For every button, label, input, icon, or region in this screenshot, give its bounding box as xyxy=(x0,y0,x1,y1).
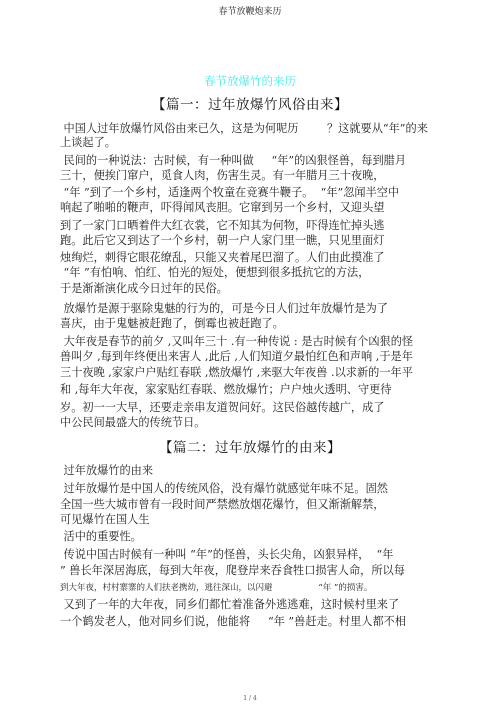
paragraph-line: 三十夜晚 ,家家户户贴红春联 ,燃放爆竹 ,来驱大年夜兽 .以求新的一年平 xyxy=(60,366,413,380)
paragraph-line: 响起了啪啪的鞭声，吓得闻风丧胆。它窜到另一个乡村，又迎头望 xyxy=(60,201,384,215)
paragraph-line: 岁。初一一大早，还要走亲串友道贺问好。这民俗越传越广，成了 xyxy=(60,401,384,415)
paragraph-line: 到大年夜，村村寨寨的人们扶老携幼，逃往深山，以闪避 “年 ”的损害。 xyxy=(60,581,372,595)
paragraph-line: 烛绚烂，刺得它眼花缭乱，只能又夹着尾巴溜了。人们由此摸准了 xyxy=(60,251,384,265)
paragraph-line: 传说中国古时候有一种叫 “年”的怪兽，头长尖角，凶狠异样， “年 xyxy=(60,548,393,562)
paragraph-line: 跑。此后它又到达了一个乡村，朝一户人家门里一瞧，只见里面灯 xyxy=(60,234,384,248)
main-title: 春节放爆竹的来历 xyxy=(0,73,500,89)
paragraph-line: 可见爆竹在国人生 xyxy=(60,513,150,527)
paragraph-line: 又到了一年的大年夜，同乡们都忙着准备外逃逃难，这时候村里来了 xyxy=(60,598,399,612)
paragraph-line: 过年放爆竹是中国人的传统风俗，没有爆竹就感觉年味不足。固然 xyxy=(60,482,388,496)
paragraph-line: “年 ”有怕响、怕红、怕光的短处，便想到很多抵抗它的方法， xyxy=(60,266,369,280)
paragraph-line: 过年放爆竹的由来 xyxy=(60,464,153,478)
paragraph-line: 兽叫夕 ,每到年终便出来害人 ,此后 ,人们知道夕最怕红色和声响 ,于是年 xyxy=(60,350,413,364)
paragraph-line: 中国人过年放爆竹风俗由来已久，这是为何呢历 ？这就要从“年”的来 xyxy=(60,122,428,136)
paragraph-line: ” 兽长年深居海底，每到大年夜，爬登岸来吞食牲口损害人命，所以每 xyxy=(60,564,405,578)
paragraph-line: 到了一家门口晒着件大红衣裳，它不知其为何物，吓得连忙掉头逃 xyxy=(60,219,384,233)
paragraph-line: “年 ”到了一个乡村，适逢两个牧童在竞赛牛鞭子。 “年”忽闻半空中 xyxy=(60,186,399,200)
document-title: 春节放鞭炮来历 xyxy=(0,4,500,17)
paragraph-line: 中公民间最盛大的传统节日。 xyxy=(60,416,205,430)
section-heading-2: 【篇二：过年放爆竹的由来】 xyxy=(0,436,500,456)
paragraph-line: 放爆竹是源于驱除鬼魅的行为的，可是今日人们过年放爆竹是为了 xyxy=(60,302,388,316)
paragraph-line: 民间的一种说法：古时候，有一种叫做 “年”的凶狠怪兽，每到腊月 xyxy=(60,154,406,168)
paragraph-line: 三十，便挨门窜户，觅食人肉，伤害生灵。有一年腊月三十夜晚， xyxy=(60,169,384,183)
paragraph-line: 于是渐渐演化成今日过年的民俗。 xyxy=(60,282,228,296)
page-indicator: 1 / 4 xyxy=(0,695,500,702)
paragraph-line: 大年夜是春节的前夕 ,又叫年三十 .有一种传说 : 是古时候有个凶狠的怪 xyxy=(60,335,413,349)
paragraph-line: 活中的重要性。 xyxy=(60,530,142,544)
paragraph-line: 全国一些大城市曾有一段时间严禁燃放烟花爆竹，但又渐渐解禁， xyxy=(60,498,384,512)
paragraph-line: 和 ,每年大年夜，家家贴红春联、燃放爆竹；户户烛火透明、守更待 xyxy=(60,383,392,397)
paragraph-line: 一个鹤发老人，他对同乡们说，他能将 “年 ”兽赶走。村里人都不相 xyxy=(60,615,406,629)
paragraph-line: 上谈起了。 xyxy=(60,136,116,150)
paragraph-line: 喜庆，由于鬼魅被赶跑了，倒霉也被赶跑了。 xyxy=(60,317,284,331)
section-heading-1: 【篇一：过年放爆竹风俗由来】 xyxy=(0,93,500,113)
